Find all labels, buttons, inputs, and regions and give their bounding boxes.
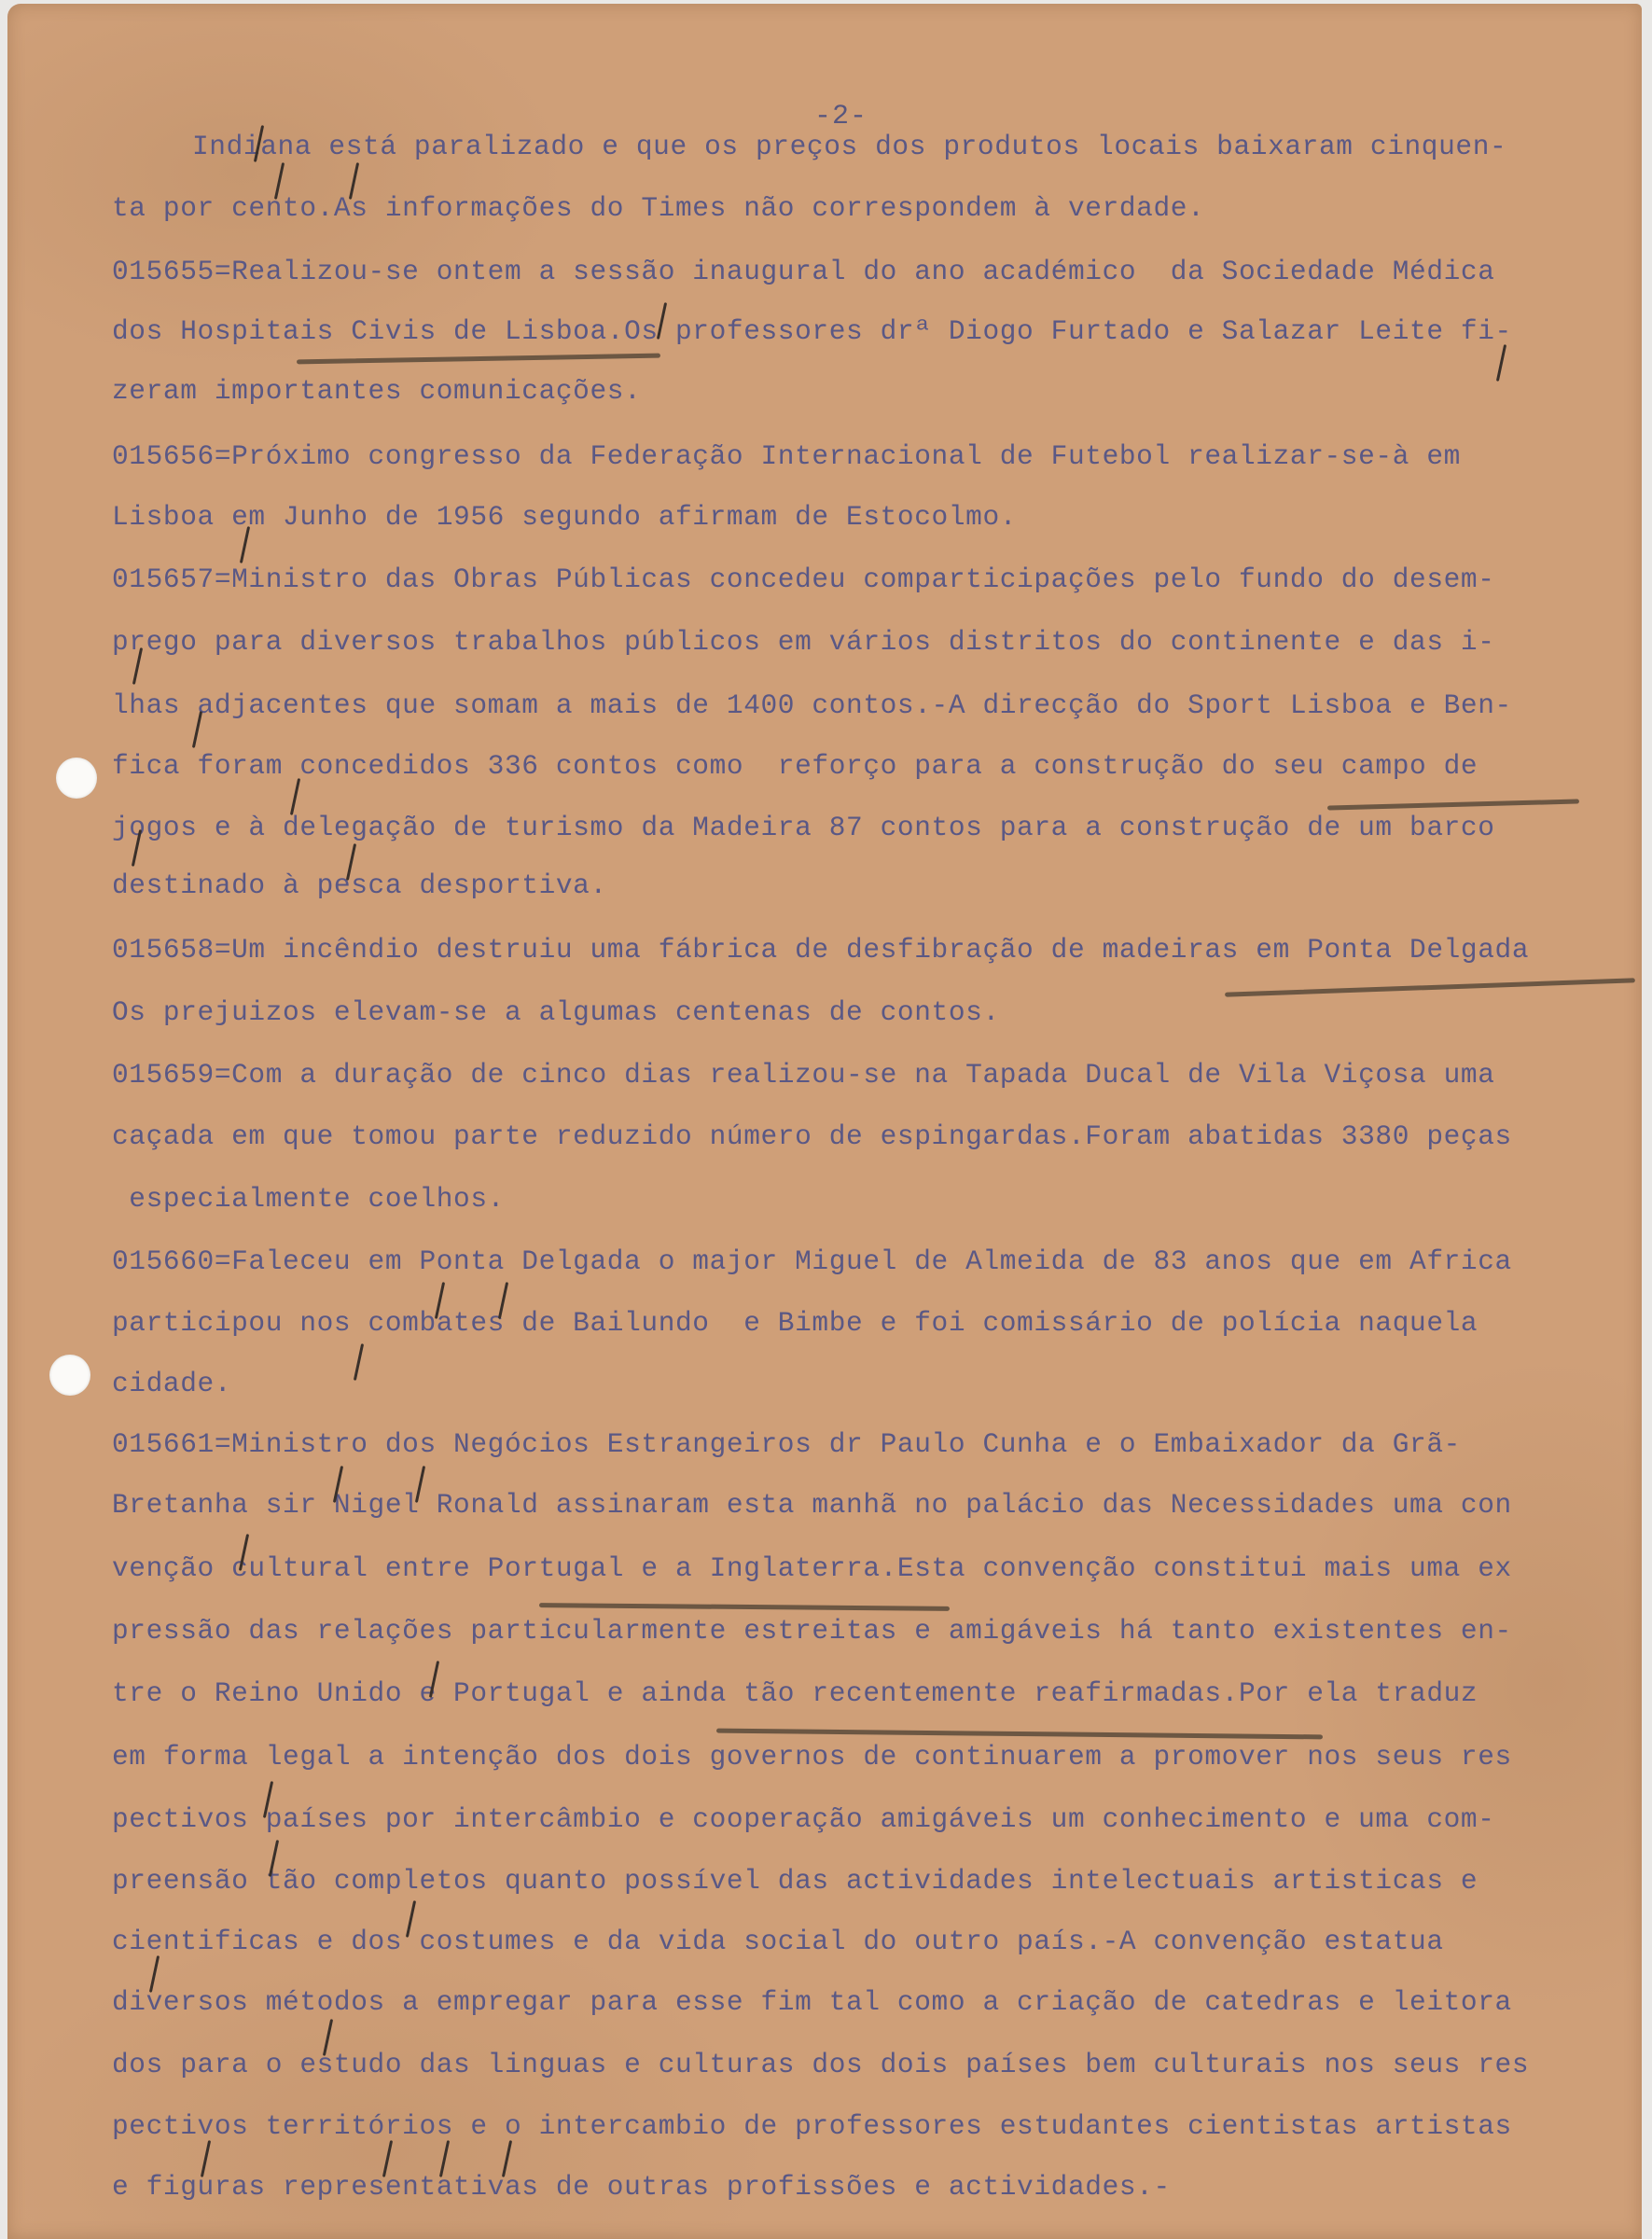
- punch-hole: [56, 758, 97, 799]
- pencil-tick: [354, 1343, 364, 1381]
- text-line: lhas adjacentes que somam a mais de 1400…: [112, 689, 1512, 721]
- text-line: pectivos territórios e o intercambio de …: [112, 2110, 1512, 2142]
- text-line: jogos e à delegação de turismo da Madeir…: [112, 812, 1495, 843]
- pencil-underline: [716, 1729, 1323, 1740]
- pencil-underline: [297, 354, 660, 365]
- page-number: -2-: [814, 101, 868, 132]
- text-line: participou nos combates de Bailundo e Bi…: [112, 1307, 1478, 1339]
- text-line: fica foram concedidos 336 contos como re…: [112, 750, 1478, 782]
- pencil-tick: [290, 778, 300, 815]
- pencil-underline: [1327, 799, 1579, 810]
- entry-015659-line: 015659=Com a duração de cinco dias reali…: [112, 1059, 1495, 1091]
- text-line: e figuras representativas de outras prof…: [112, 2171, 1171, 2203]
- pencil-tick: [1496, 344, 1506, 382]
- text-line: diversos métodos a empregar para esse fi…: [112, 1986, 1512, 2018]
- pencil-underline: [1225, 978, 1635, 996]
- text-line: cientificas e dos costumes e da vida soc…: [112, 1926, 1444, 1957]
- text-line: preensão tão completos quanto possível d…: [112, 1865, 1478, 1897]
- entry-015657-line: 015657=Ministro das Obras Públicas conce…: [112, 563, 1495, 595]
- document-page: -2- Indiana está paralizado e que os pre…: [7, 4, 1642, 2239]
- entry-015658-line: 015658=Um incêndio destruiu uma fábrica …: [112, 934, 1529, 966]
- text-line: Os prejuizos elevam-se a algumas centena…: [112, 996, 1000, 1028]
- pencil-underline: [539, 1603, 950, 1611]
- text-line: destinado à pesca desportiva.: [112, 869, 607, 901]
- punch-hole: [49, 1355, 90, 1396]
- text-line: Bretanha sir Nigel Ronald assinaram esta…: [112, 1489, 1512, 1521]
- text-line: especialmente coelhos.: [112, 1183, 505, 1215]
- entry-015661-line: 015661=Ministro dos Negócios Estrangeiro…: [112, 1428, 1461, 1460]
- text-line: venção cultural entre Portugal e a Ingla…: [112, 1552, 1512, 1584]
- entry-015656-line: 015656=Próximo congresso da Federação In…: [112, 440, 1461, 472]
- text-line: dos Hospitais Civis de Lisboa.Os profess…: [112, 315, 1512, 347]
- entry-015660-line: 015660=Faleceu em Ponta Delgada o major …: [112, 1245, 1512, 1277]
- text-line: cidade.: [112, 1368, 231, 1399]
- text-line: tre o Reino Unido e Portugal e ainda tão…: [112, 1677, 1478, 1709]
- text-line: caçada em que tomou parte reduzido númer…: [112, 1120, 1512, 1152]
- text-line: em forma legal a intenção dos dois gover…: [112, 1741, 1512, 1773]
- text-line: pectivos países por intercâmbio e cooper…: [112, 1803, 1495, 1835]
- text-line: prego para diversos trabalhos públicos e…: [112, 626, 1495, 658]
- text-line: pressão das relações particularmente est…: [112, 1615, 1512, 1647]
- entry-015655-line: 015655=Realizou-se ontem a sessão inaugu…: [112, 256, 1495, 287]
- text-line: zeram importantes comunicações.: [112, 375, 641, 407]
- text-line: Indiana está paralizado e que os preços …: [192, 131, 1506, 162]
